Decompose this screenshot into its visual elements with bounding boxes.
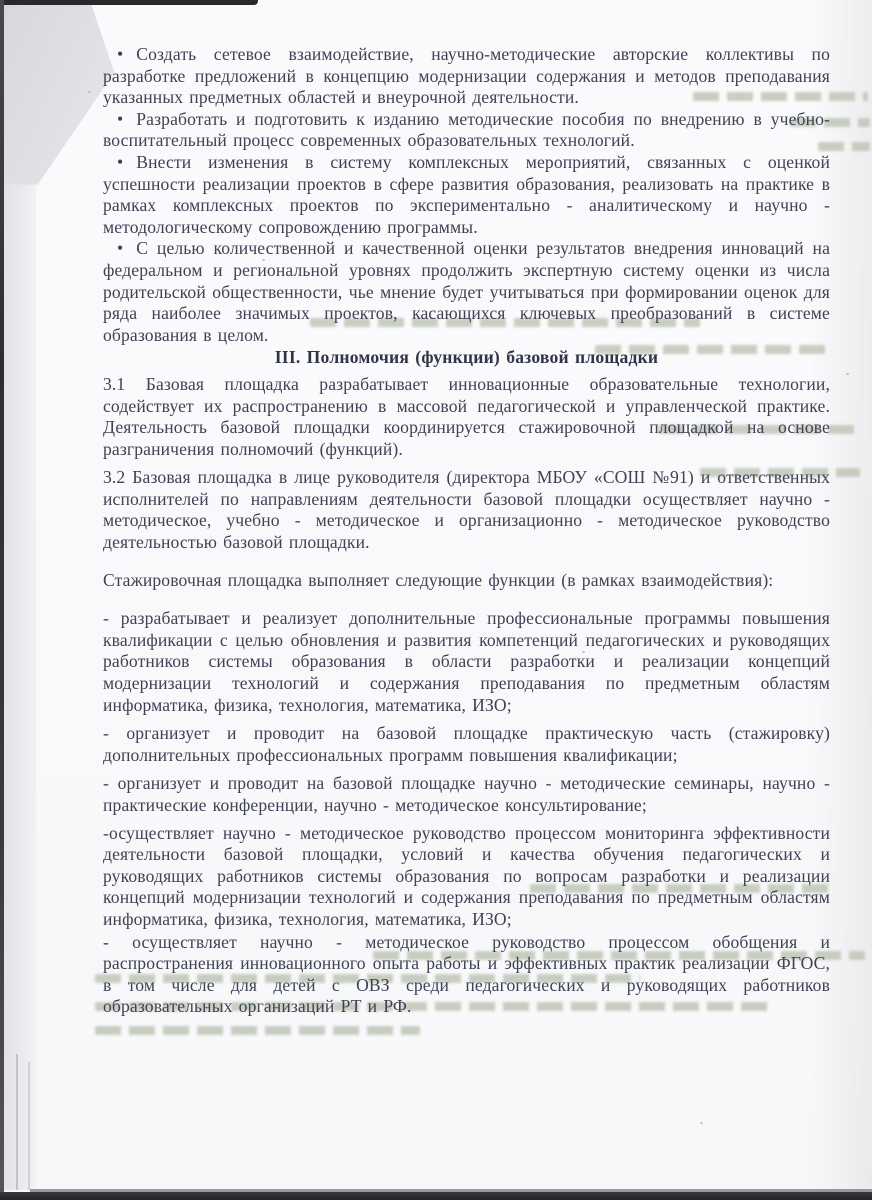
function-item: - организует и проводит на базовой площа… xyxy=(103,773,830,816)
paragraph-functions-intro: Стажировочная площадка выполняет следующ… xyxy=(103,570,830,592)
scanner-edge-top xyxy=(0,0,258,5)
scanner-edge-left xyxy=(0,0,4,1200)
scanner-edge-bottom xyxy=(0,1192,872,1200)
scanned-document-page: •Создать сетевое взаимодействие, научно-… xyxy=(0,0,872,1200)
bullet-text: С целью количественной и качественной оц… xyxy=(103,238,830,344)
bullet-marker: • xyxy=(117,44,123,64)
dust-speck xyxy=(846,373,849,375)
dust-speck xyxy=(88,91,91,93)
paragraph-3-1: 3.1 Базовая площадка разрабатывает иннов… xyxy=(103,374,830,460)
function-item: -осуществляет научно - методическое руко… xyxy=(103,823,830,931)
bullet-item: •С целью количественной и качественной о… xyxy=(103,238,830,346)
document-text-column: •Создать сетевое взаимодействие, научно-… xyxy=(103,44,830,1018)
stacked-page-edge xyxy=(16,1054,18,1190)
bullet-text: Внести изменения в систему комплексных м… xyxy=(103,152,830,237)
dust-speck xyxy=(700,1122,703,1124)
function-item: - осуществляет научно - методическое рук… xyxy=(103,932,830,1018)
bullet-text: Создать сетевое взаимодействие, научно-м… xyxy=(103,44,830,107)
bullet-item: •Создать сетевое взаимодействие, научно-… xyxy=(103,44,830,109)
bullet-item: •Внести изменения в систему комплексных … xyxy=(103,152,830,238)
bullet-marker: • xyxy=(117,109,123,129)
stacked-page-edge xyxy=(28,1062,30,1190)
bullet-marker: • xyxy=(117,238,123,258)
function-item: - организует и проводит на базовой площа… xyxy=(103,723,830,766)
paragraph-3-2: 3.2 Базовая площадка в лице руководителя… xyxy=(103,467,830,553)
bullet-item: •Разработать и подготовить к изданию мет… xyxy=(103,109,830,152)
bullet-text: Разработать и подготовить к изданию мето… xyxy=(103,109,830,151)
function-item: - разрабатывает и реализует дополнительн… xyxy=(103,608,830,716)
section-heading: III. Полномочия (функции) базовой площад… xyxy=(103,347,830,369)
bleed-through-artifact xyxy=(95,1026,420,1035)
bullet-marker: • xyxy=(117,152,123,172)
